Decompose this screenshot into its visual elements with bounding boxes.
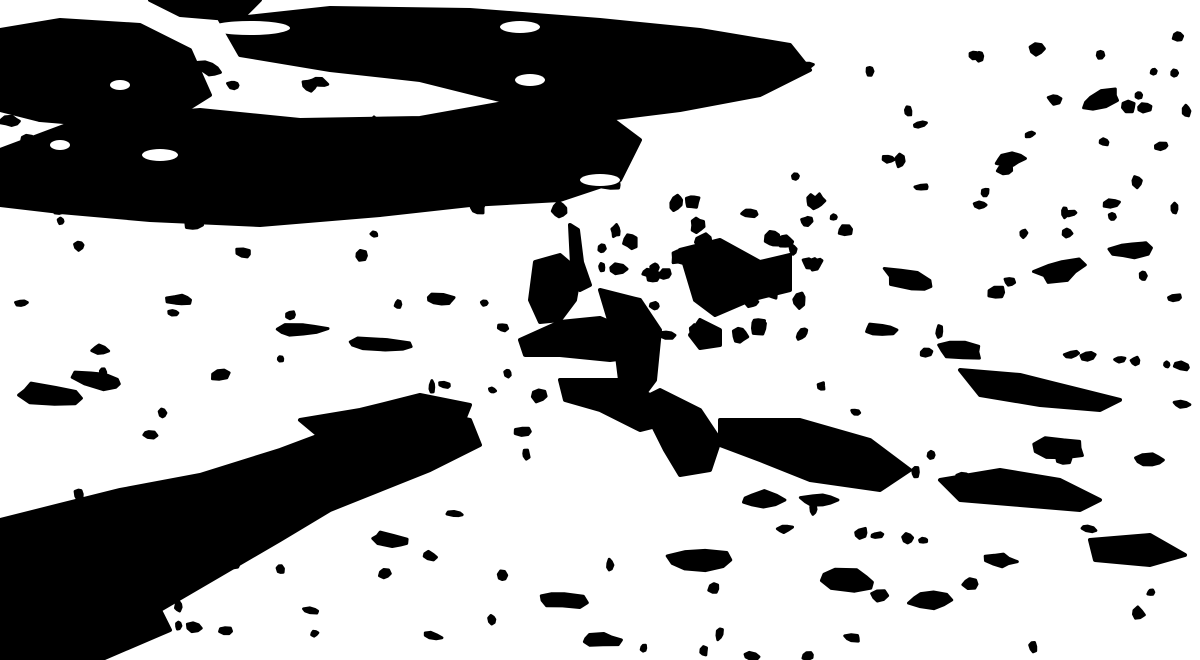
dalmatian-illusion-image bbox=[0, 0, 1200, 660]
image-canvas: High-contrast black-and-white photograph… bbox=[0, 0, 1200, 660]
